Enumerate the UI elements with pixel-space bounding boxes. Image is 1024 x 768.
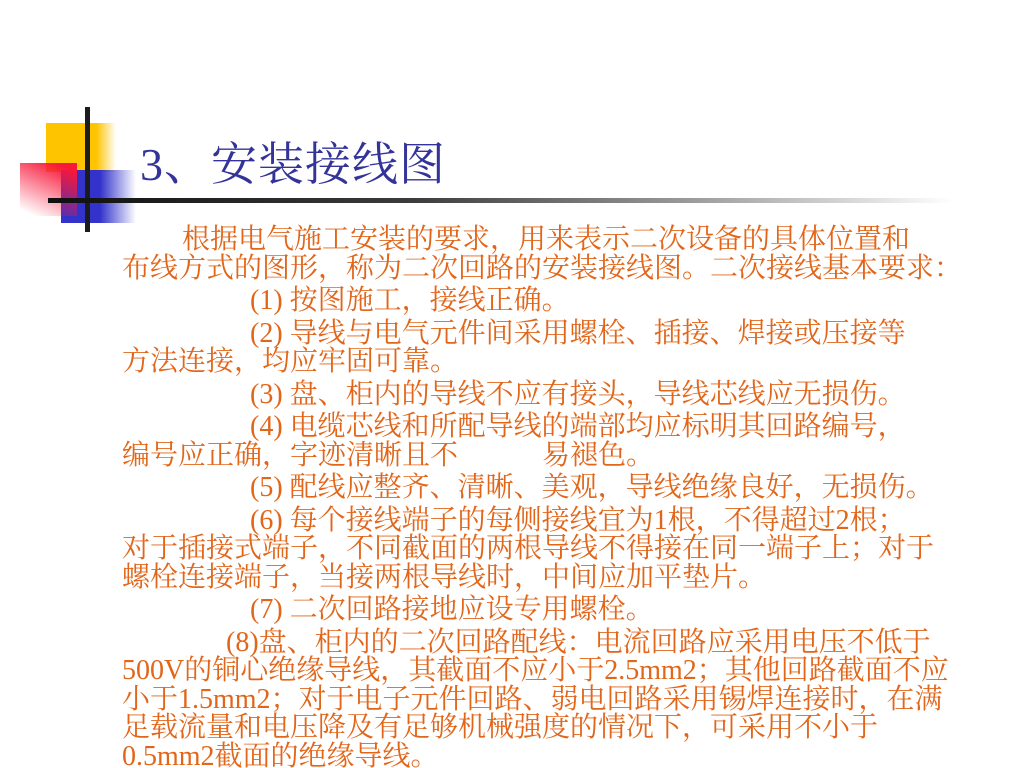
body-paragraph: (3) 盘、柜内的导线不应有接头，导线芯线应无损伤。 [122, 381, 982, 410]
decor-red-square [20, 163, 77, 216]
body-paragraph: (4) 电缆芯线和所配导线的端部均应标明其回路编号，编号应正确，字迹清晰且不 易… [122, 413, 982, 470]
body-paragraph: (1) 按图施工，接线正确。 [122, 287, 982, 316]
body-line: 对于插接式端子，不同截面的两根导线不得接在同一端子上；对于 [122, 535, 982, 564]
body-paragraph: (5) 配线应整齐、清晰、美观，导线绝缘良好，无损伤。 [122, 474, 982, 503]
body-paragraph: (2) 导线与电气元件间采用螺栓、插接、焊接或压接等方法连接，均应牢固可靠。 [122, 320, 982, 377]
body-paragraph: (6) 每个接线端子的每侧接线宜为1根，不得超过2根；对于插接式端子，不同截面的… [122, 507, 982, 593]
body-line: 小于1.5mm2；对于电子元件回路、弱电回路采用锡焊连接时，在满 [122, 686, 982, 715]
body-paragraph: (8)盘、柜内的二次回路配线：电流回路应采用电压不低于500V的铜心绝缘导线，其… [122, 629, 982, 768]
body-line: 螺栓连接端子，当接两根导线时，中间应加平垫片。 [122, 564, 982, 593]
body-line: (8)盘、柜内的二次回路配线：电流回路应采用电压不低于 [122, 629, 982, 658]
body-line: (7) 二次回路接地应设专用螺栓。 [122, 596, 982, 625]
body-line: 0.5mm2截面的绝缘导线。 [122, 743, 982, 768]
slide-body: 根据电气施工安装的要求，用来表示二次设备的具体位置和布线方式的图形，称为二次回路… [122, 226, 982, 768]
body-line: (3) 盘、柜内的导线不应有接头，导线芯线应无损伤。 [122, 381, 982, 410]
body-paragraph: (7) 二次回路接地应设专用螺栓。 [122, 596, 982, 625]
body-line: 足载流量和电压降及有足够机械强度的情况下，可采用不小于 [122, 714, 982, 743]
body-line: 根据电气施工安装的要求，用来表示二次设备的具体位置和 [122, 226, 982, 255]
body-line: 布线方式的图形，称为二次回路的安装接线图。二次接线基本要求： [122, 255, 982, 284]
body-line: 方法连接，均应牢固可靠。 [122, 348, 982, 377]
body-line: 500V的铜心绝缘导线，其截面不应小于2.5mm2；其他回路截面不应 [122, 657, 982, 686]
decor-vertical-line [85, 107, 90, 232]
title-underline [48, 198, 962, 203]
body-line: (2) 导线与电气元件间采用螺栓、插接、焊接或压接等 [122, 320, 982, 349]
body-paragraph: 根据电气施工安装的要求，用来表示二次设备的具体位置和布线方式的图形，称为二次回路… [122, 226, 982, 283]
body-line: (5) 配线应整齐、清晰、美观，导线绝缘良好，无损伤。 [122, 474, 982, 503]
body-line: (1) 按图施工，接线正确。 [122, 287, 982, 316]
slide-title: 3、安装接线图 [140, 128, 446, 194]
body-line: (6) 每个接线端子的每侧接线宜为1根，不得超过2根； [122, 507, 982, 536]
slide: 3、安装接线图 根据电气施工安装的要求，用来表示二次设备的具体位置和布线方式的图… [0, 0, 1024, 768]
body-line: (4) 电缆芯线和所配导线的端部均应标明其回路编号， [122, 413, 982, 442]
body-line: 编号应正确，字迹清晰且不 易褪色。 [122, 442, 982, 471]
